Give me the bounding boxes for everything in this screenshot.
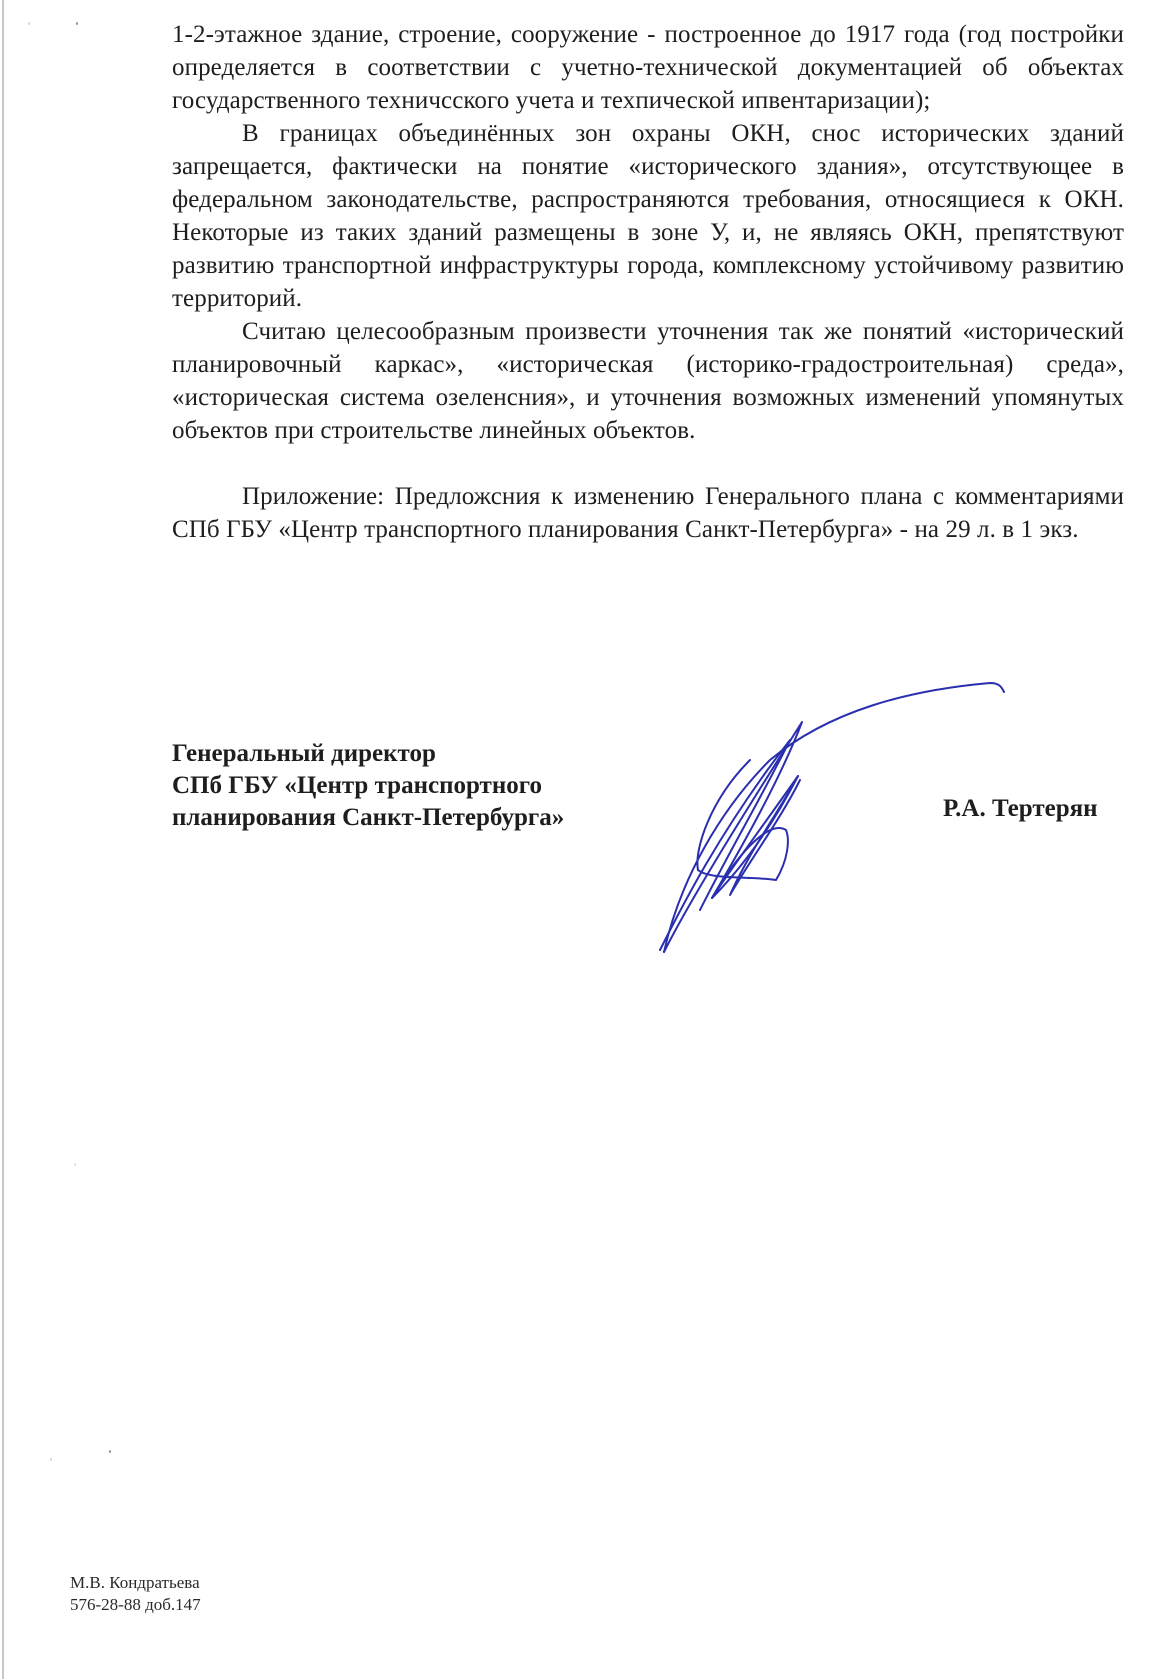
paragraph-historic-buildings: В границах объединённых зон охраны ОКН, … (172, 117, 1124, 315)
executor-phone: 576-28-88 доб.147 (70, 1594, 201, 1616)
handwritten-signature (650, 680, 1166, 1000)
letter-body: 1-2-этажное здание, строение, сооружение… (172, 18, 1124, 546)
paragraph-clarification-proposal: Считаю целесообразным произвести уточнен… (172, 315, 1124, 447)
executor-footer: М.В. Кондратьева 576-28-88 доб.147 (70, 1572, 201, 1616)
executor-name: М.В. Кондратьева (70, 1572, 201, 1594)
scan-edge-line (2, 0, 4, 1679)
scan-speck (28, 22, 30, 25)
scan-speck (109, 1450, 111, 1453)
paragraph-building-definition: 1-2-этажное здание, строение, сооружение… (172, 18, 1124, 117)
signatory-organization-line-1: СПб ГБУ «Центр транспортного (172, 770, 564, 802)
signatory-position: Генеральный директор (172, 738, 564, 770)
scan-speck (74, 1163, 76, 1166)
signatory-name: Р.А. Тертерян (943, 793, 1098, 825)
signatory-organization-line-2: планирования Санкт-Петербурга» (172, 802, 564, 834)
signatory-title: Генеральный директор СПб ГБУ «Центр тран… (172, 738, 564, 834)
scan-speck (50, 1458, 52, 1461)
paragraph-appendix: Приложение: Предложсния к изменению Гене… (172, 480, 1124, 546)
scan-speck (76, 22, 78, 25)
